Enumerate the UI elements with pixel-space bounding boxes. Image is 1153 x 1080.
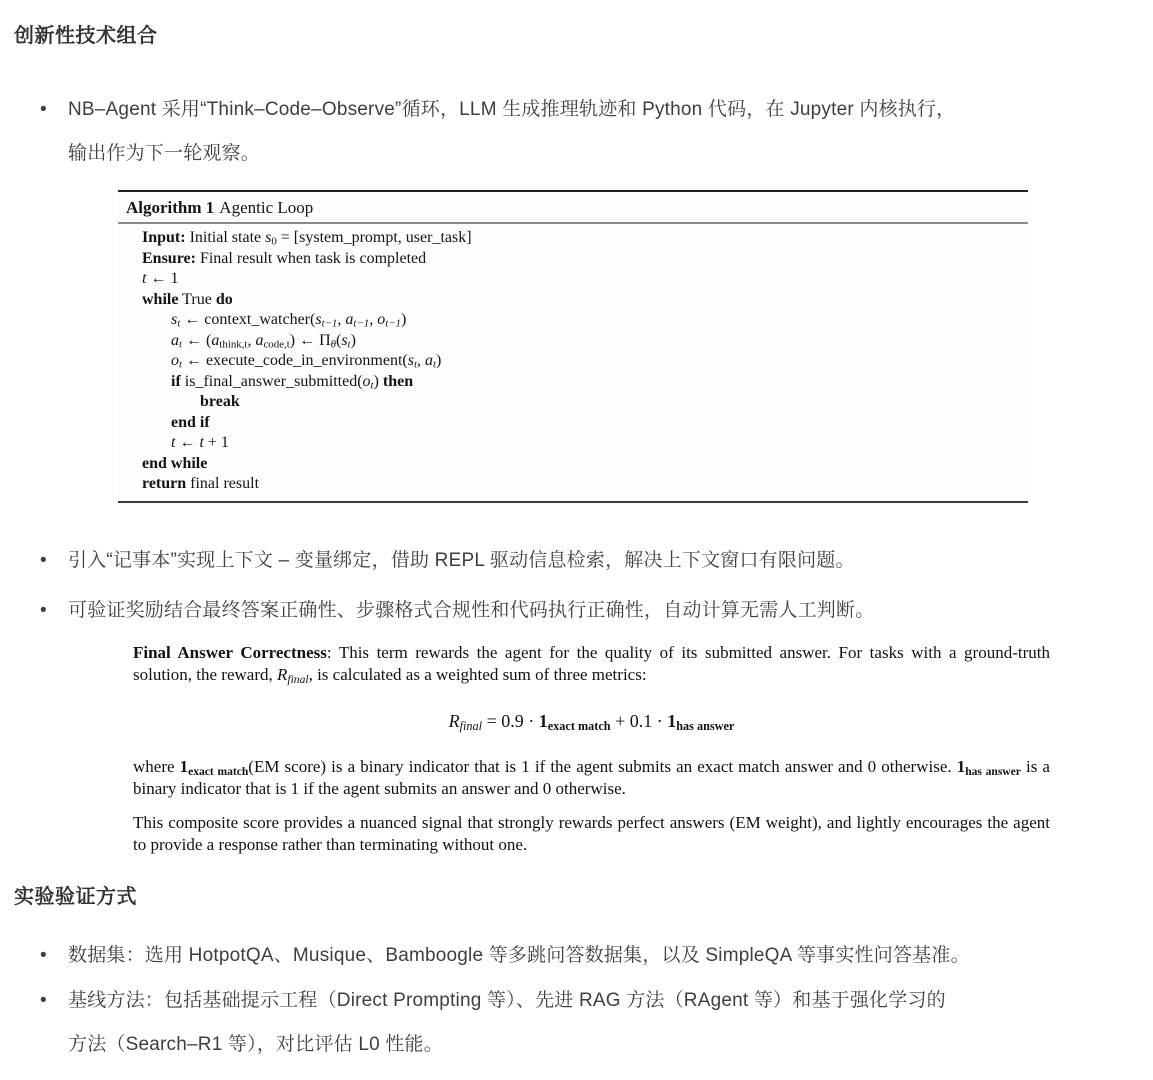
- text-run: , is calculated as a weighted sum of thr…: [309, 665, 647, 684]
- excerpt-paragraph-definition: Final Answer Correctness: This term rewa…: [133, 642, 1050, 686]
- document-page: 创新性技术组合 • NB–Agent 采用“Think–Code–Observe…: [0, 0, 1153, 1067]
- heading-innovation: 创新性技术组合: [14, 24, 1139, 48]
- algorithm-line: t ← t + 1: [118, 433, 1028, 454]
- text-run: do: [216, 291, 233, 308]
- list-item-text: 引入“记事本”实现上下文 – 变量绑定，借助 REPL 驱动信息检索，解决上下文…: [68, 539, 1139, 583]
- text-run: a: [171, 332, 179, 349]
- list-item-text: NB–Agent 采用“Think–Code–Observe”循环，LLM 生成…: [68, 88, 1139, 176]
- paper-excerpt: Final Answer Correctness: This term rewa…: [133, 642, 1050, 856]
- text-run: ←: [175, 434, 199, 451]
- text-run: where: [133, 757, 180, 776]
- algorithm-caption: Algorithm 1Agentic Loop: [118, 192, 1028, 224]
- reward-formula: Rfinal = 0.9 · 1exact match + 0.1 · 1has…: [133, 708, 1050, 734]
- text-run: Initial state: [186, 229, 266, 246]
- text-run: This composite score provides a nuanced …: [133, 813, 1050, 854]
- text-run: exact match: [548, 719, 611, 733]
- algorithm-line: return final result: [118, 474, 1028, 495]
- text-run: True: [178, 291, 215, 308]
- algorithm-line: end while: [118, 454, 1028, 475]
- bullet-list-innovation: • NB–Agent 采用“Think–Code–Observe”循环，LLM …: [14, 88, 1139, 176]
- text-run: t−1: [353, 318, 369, 330]
- bullet-list-experiment: • 数据集：选用 HotpotQA、Musique、Bamboogle 等多跳问…: [14, 934, 1139, 1067]
- bullet-marker: •: [40, 589, 68, 633]
- list-item: • 基线方法：包括基础提示工程（Direct Prompting 等）、先进 R…: [14, 979, 1139, 1067]
- text-run: o: [363, 373, 371, 390]
- bullet-marker: •: [40, 539, 68, 583]
- text-run: think,t: [219, 338, 247, 350]
- text-run: + 0.1 ·: [611, 711, 668, 731]
- text-run: = [system_prompt, user_task]: [277, 229, 472, 246]
- list-item: • 数据集：选用 HotpotQA、Musique、Bamboogle 等多跳问…: [14, 934, 1139, 978]
- algorithm-line: break: [118, 392, 1028, 413]
- text-run: t−1: [322, 318, 338, 330]
- text-run: final: [460, 719, 482, 733]
- text-run: final result: [186, 475, 259, 492]
- algorithm-label: Algorithm 1: [126, 198, 214, 217]
- text-run: has answer: [965, 764, 1021, 777]
- text-run: final: [287, 672, 308, 685]
- text-run: a: [425, 352, 433, 369]
- text-run: return: [142, 475, 186, 492]
- list-item: • 引入“记事本”实现上下文 – 变量绑定，借助 REPL 驱动信息检索，解决上…: [14, 539, 1139, 583]
- text-run: code,t: [263, 338, 289, 350]
- text-run: = 0.9 ·: [482, 711, 539, 731]
- text-run: 1: [180, 757, 189, 776]
- text-run: o: [171, 352, 179, 369]
- text-run: ← (: [182, 332, 211, 349]
- text-run: o: [377, 311, 385, 328]
- text-run: is_final_answer_submitted(: [181, 373, 363, 390]
- algorithm-line: end if: [118, 413, 1028, 434]
- text-run: has answer: [676, 719, 734, 733]
- bullet-list-techniques: • 引入“记事本”实现上下文 – 变量绑定，借助 REPL 驱动信息检索，解决上…: [14, 539, 1139, 633]
- algorithm-line: Ensure: Final result when task is comple…: [118, 249, 1028, 270]
- bullet-marker: •: [40, 88, 68, 132]
- list-item-text: 可验证奖励结合最终答案正确性、步骤格式合规性和代码执行正确性，自动计算无需人工判…: [68, 589, 1139, 633]
- text-run: 1: [667, 711, 676, 731]
- algorithm-line: at ← (athink,t, acode,t) ← Πθ(st): [118, 331, 1028, 352]
- text-run: ): [436, 352, 441, 369]
- text-run: end if: [171, 414, 210, 431]
- text-run: ): [351, 332, 356, 349]
- algorithm-line: t ← 1: [118, 269, 1028, 290]
- bullet-marker: •: [40, 934, 68, 978]
- heading-experiment: 实验验证方式: [14, 885, 1139, 909]
- text-run: 1: [539, 711, 548, 731]
- text-run: while: [142, 291, 178, 308]
- text-run: ← 1: [146, 270, 178, 287]
- list-item-text: 数据集：选用 HotpotQA、Musique、Bamboogle 等多跳问答数…: [68, 934, 1139, 978]
- algorithm-line: st ← context_watcher(st−1, at−1, ot−1): [118, 310, 1028, 331]
- excerpt-paragraph-indicators: where 1exact match(EM score) is a binary…: [133, 756, 1050, 800]
- text-run: R: [449, 711, 460, 731]
- text-run: Input:: [142, 229, 186, 246]
- algorithm-line: ot ← execute_code_in_environment(st, at): [118, 351, 1028, 372]
- text-run: break: [200, 393, 240, 410]
- text-run: (EM score) is a binary indicator that is…: [248, 757, 956, 776]
- algorithm-figure: Algorithm 1Agentic Loop Input: Initial s…: [118, 190, 1028, 503]
- text-run: ← execute_code_in_environment(: [182, 352, 408, 369]
- text-run: ): [374, 373, 383, 390]
- text-run: ← context_watcher(: [180, 311, 315, 328]
- text-run: Final Answer Correctness: [133, 643, 327, 662]
- text-run: ): [401, 311, 406, 328]
- text-run: Ensure:: [142, 250, 196, 267]
- text-run: 1: [957, 757, 966, 776]
- text-run: ) ← Π: [290, 332, 331, 349]
- text-run: t−1: [385, 318, 401, 330]
- list-item: • 可验证奖励结合最终答案正确性、步骤格式合规性和代码执行正确性，自动计算无需人…: [14, 589, 1139, 633]
- algorithm-line: Input: Initial state s0 = [system_prompt…: [118, 228, 1028, 249]
- text-run: then: [383, 373, 413, 390]
- algorithm-line: if is_final_answer_submitted(ot) then: [118, 372, 1028, 393]
- algorithm-title: Agentic Loop: [219, 198, 313, 217]
- algorithm-body: Input: Initial state s0 = [system_prompt…: [118, 224, 1028, 501]
- text-run: Final result when task is completed: [196, 250, 426, 267]
- text-run: ,: [369, 311, 377, 328]
- text-run: if: [171, 373, 181, 390]
- text-run: exact match: [188, 764, 248, 777]
- list-item-text: 基线方法：包括基础提示工程（Direct Prompting 等）、先进 RAG…: [68, 979, 1139, 1067]
- text-run: R: [277, 665, 287, 684]
- text-run: ,: [417, 352, 425, 369]
- text-run: + 1: [204, 434, 229, 451]
- algorithm-line: while True do: [118, 290, 1028, 311]
- text-run: end while: [142, 455, 207, 472]
- list-item: • NB–Agent 采用“Think–Code–Observe”循环，LLM …: [14, 88, 1139, 176]
- bullet-marker: •: [40, 979, 68, 1023]
- excerpt-paragraph-composite: This composite score provides a nuanced …: [133, 812, 1050, 856]
